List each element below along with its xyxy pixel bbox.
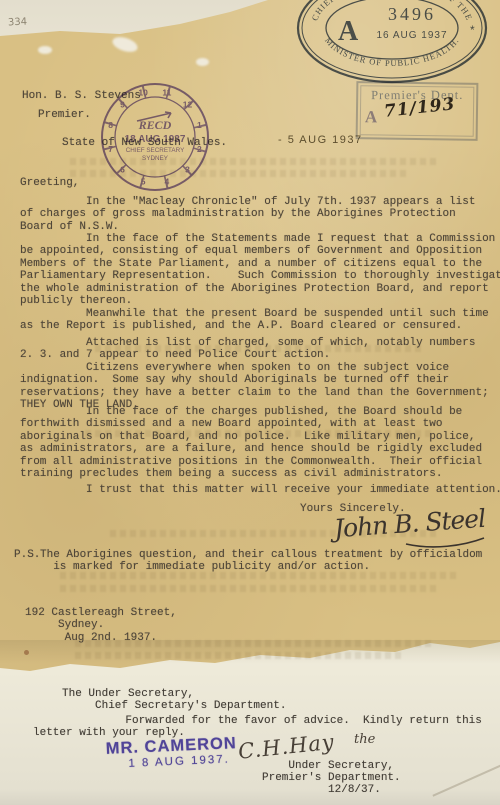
ink-spot	[24, 650, 29, 655]
clock-number: 7	[108, 144, 113, 154]
sender-signature: John B. Steel	[328, 498, 493, 553]
letter-paragraph-7: I trust that this matter will receive yo…	[20, 484, 500, 496]
letter-paragraph-5: Citizens everywhere when spoken to on th…	[20, 362, 489, 412]
clock-number: 8	[108, 120, 113, 130]
recd-text: RECD	[138, 118, 172, 132]
clock-number: 5	[141, 176, 146, 186]
bleedthrough-text	[60, 585, 440, 592]
clock-number: 4	[165, 176, 170, 186]
clock-number: 11	[162, 88, 171, 98]
signature-underline	[406, 538, 484, 547]
letter-paragraph-4: Attached is list of charged, some of whi…	[20, 337, 475, 362]
oval-stamp-date: 16 AUG 1937	[376, 30, 447, 41]
sheet-edge-crease	[432, 749, 500, 796]
letter-paragraph-1: In the "Macleay Chronicle" of July 7th. …	[20, 196, 475, 233]
date-received-stamp: - 5 AUG 1937	[278, 134, 363, 146]
scanned-letter-page: 334 Hon. B. S. Stevens Premier. State of…	[0, 0, 500, 805]
postscript-label: P.S.	[14, 549, 40, 561]
signature-text: John B. Steel	[328, 504, 486, 544]
oval-registry-stamp: CHIEF SECRETARY'S OFFICE OF THE MINISTER…	[292, 0, 492, 88]
letter-paragraph-6: In the face of the charges published, th…	[20, 406, 482, 480]
premiers-dept-stamp: Premier's Dept. A 71/193	[356, 81, 479, 141]
received-stamp-date: 18 AUG 1937	[125, 134, 186, 145]
clock-number: 6	[120, 165, 125, 175]
paper-tear	[38, 46, 52, 54]
clock-number: 9	[120, 100, 125, 110]
clock-number: 1	[197, 120, 202, 130]
received-stamp-place: SYDNEY	[142, 155, 169, 162]
clock-number: 12	[183, 100, 193, 110]
clock-number: 2	[197, 144, 202, 154]
letter-paragraph-2: In the face of the Statements made I req…	[20, 233, 500, 307]
forwarding-addressee: The Under Secretary, Chief Secretary's D…	[62, 688, 286, 713]
pencil-page-number: 334	[8, 17, 28, 29]
postscript-text: The Aborigines question, and their callo…	[40, 549, 482, 574]
cameron-stamp: MR. CAMERON 1 8 AUG 1937.	[105, 734, 237, 771]
oval-stamp-number: 3496	[388, 4, 436, 24]
paper-tear	[196, 58, 209, 66]
bleedthrough-text	[75, 652, 405, 659]
letter-paragraph-3: Meanwhile that the present Board be susp…	[20, 308, 489, 333]
salutation: Greeting,	[20, 177, 79, 189]
sender-address: 192 Castlereagh Street, Sydney. Aug 2nd.…	[25, 607, 177, 644]
forwarding-signoff: Under Secretary, Premier's Department. 1…	[262, 760, 401, 797]
received-date-stamp: 10 11 12 1 2 3 4 5 6 7 8 9 RECD 18 AUG 1…	[95, 77, 215, 197]
recipient-title: Premier.	[38, 109, 91, 121]
forwarding-signature-mark: the	[354, 732, 376, 747]
received-stamp-office: CHIEF SECRETARY	[126, 147, 185, 154]
clock-number: 10	[138, 88, 148, 98]
clock-number: 3	[185, 165, 190, 175]
oval-stamp-letter: A	[338, 16, 359, 47]
premiers-dept-letter: A	[365, 107, 378, 127]
oval-stamp-star: *	[470, 23, 475, 37]
forwarding-signature-text: C.H.Hay	[237, 730, 336, 764]
